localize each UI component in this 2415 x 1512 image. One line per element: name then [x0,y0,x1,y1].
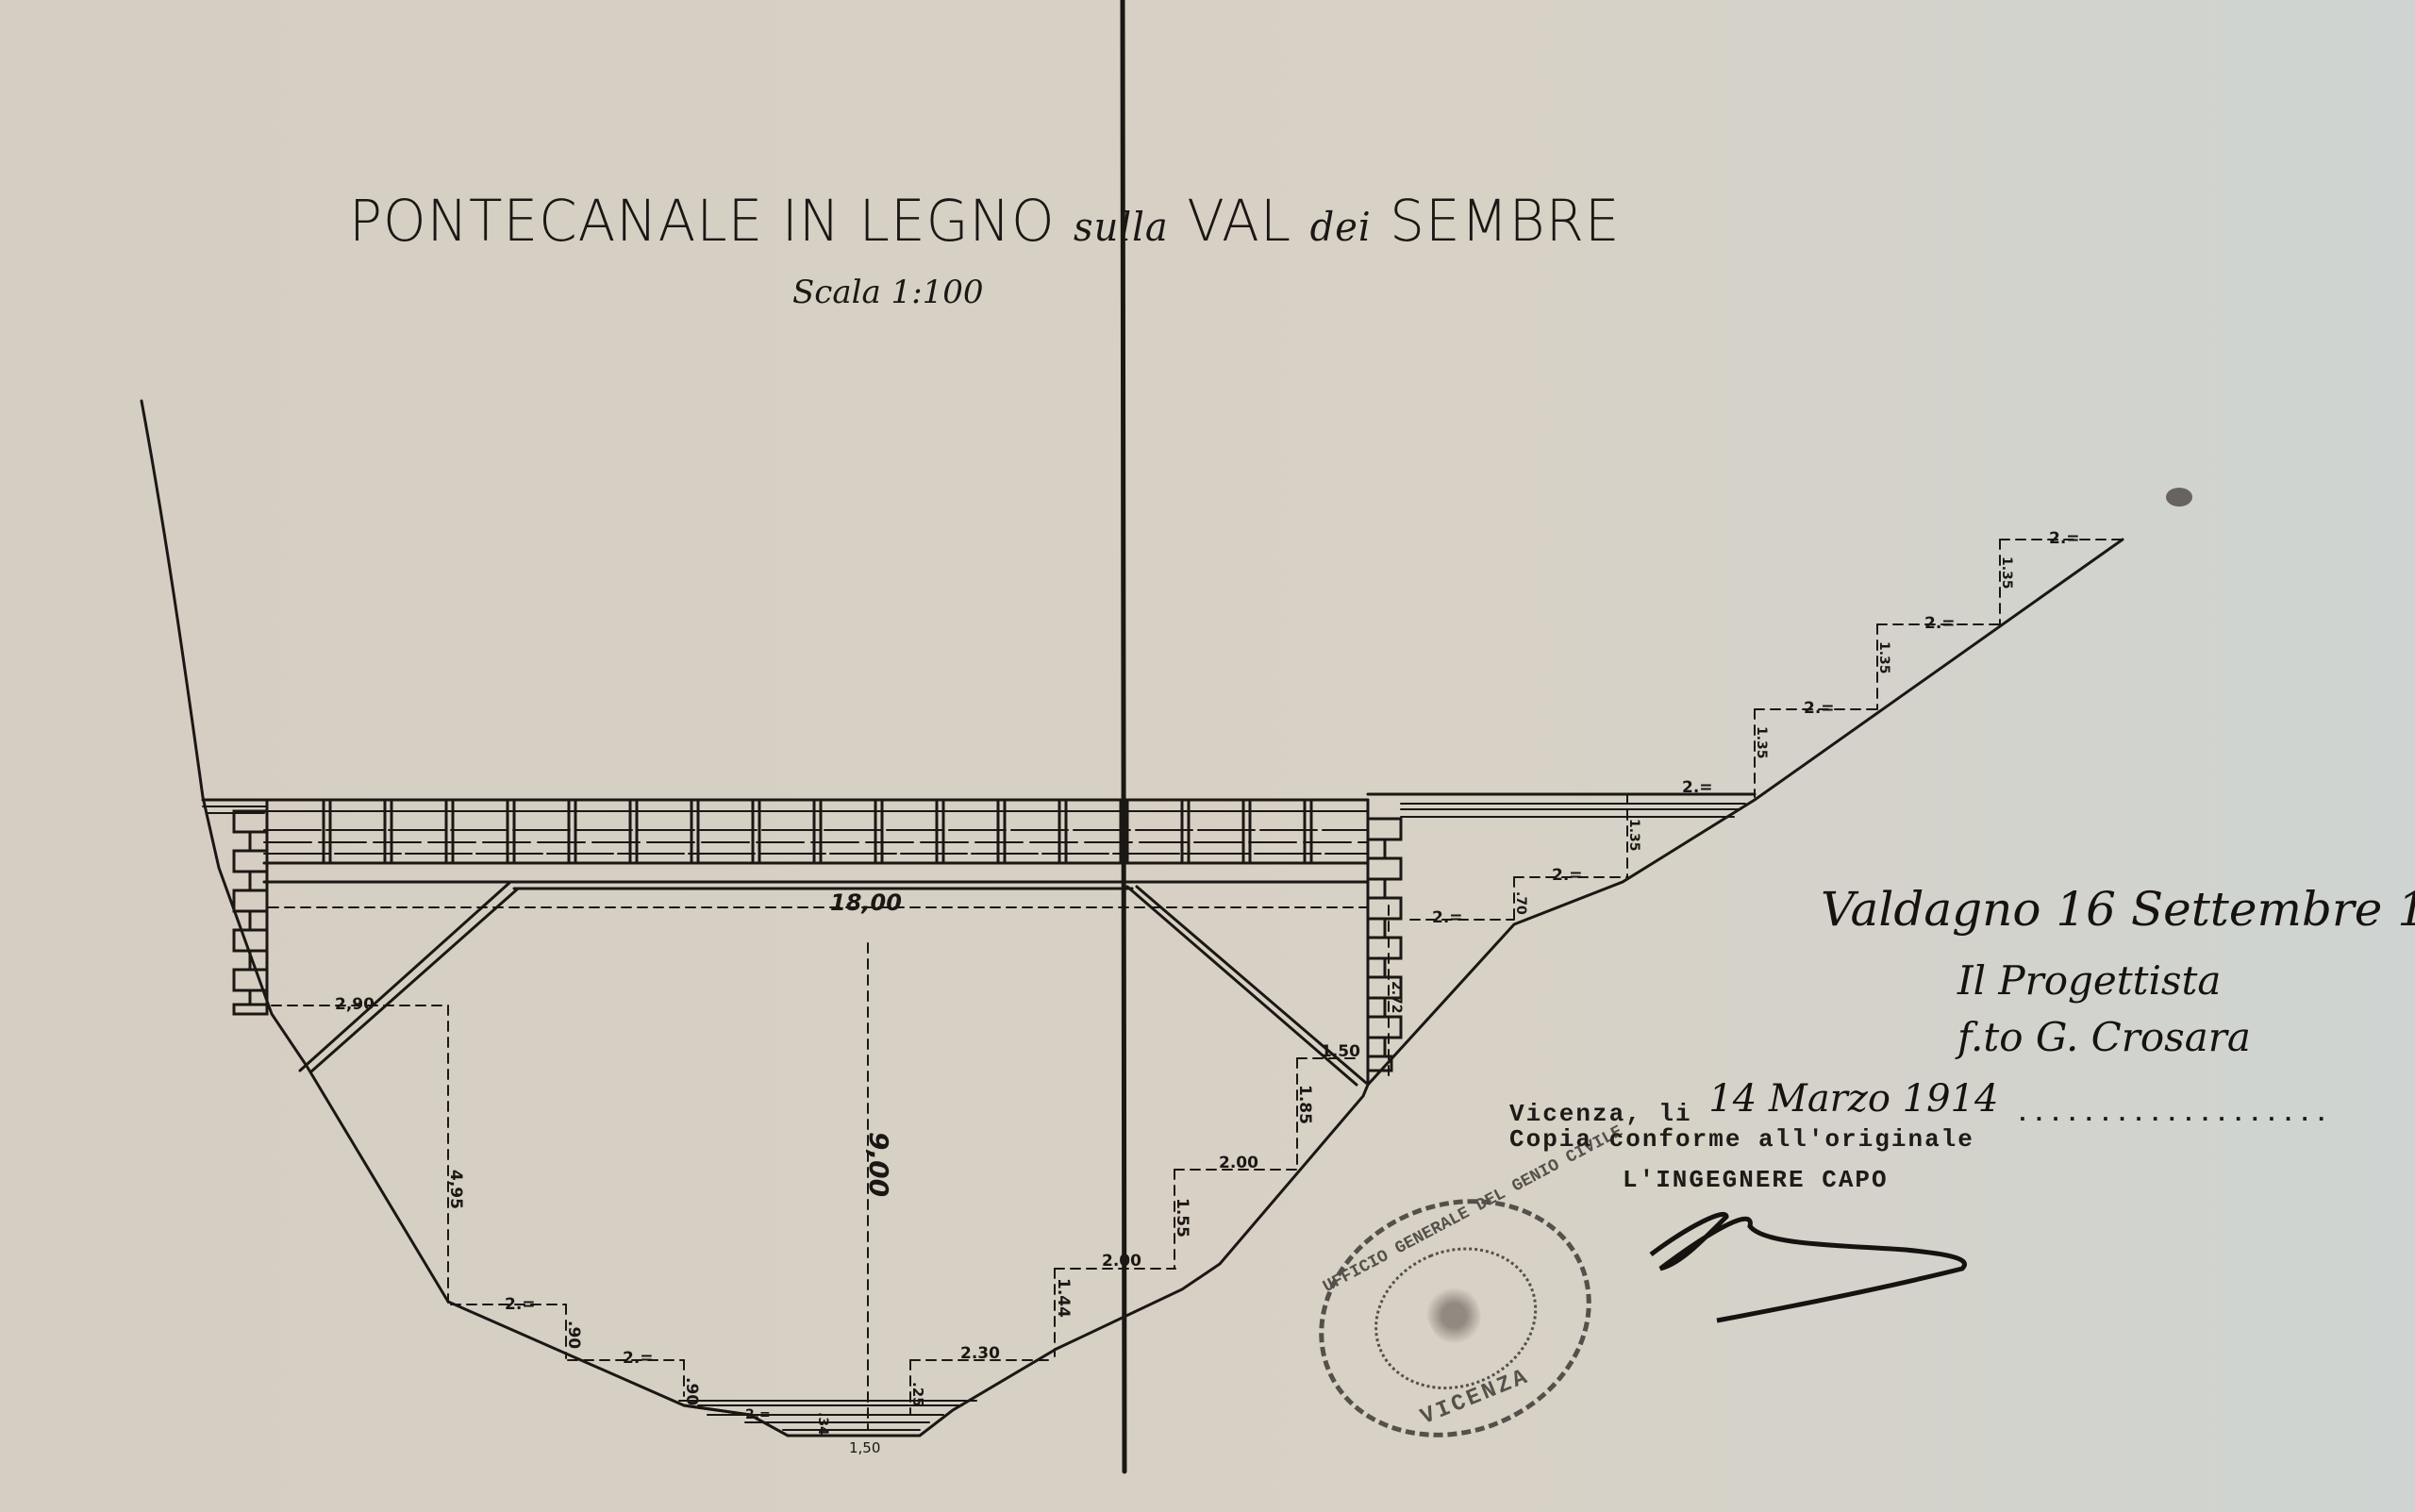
svg-text:9,00: 9,00 [863,1132,894,1197]
svg-text:4,95: 4,95 [446,1170,465,1209]
svg-text:1.35: 1.35 [1999,557,2014,590]
svg-text:2.=: 2.= [1432,908,1463,927]
certification-office: L'INGEGNERE CAPO [1623,1166,1889,1194]
designer-role: Il Progettista [1957,957,2221,1004]
svg-text:1.55: 1.55 [1173,1198,1191,1238]
svg-text:.25: .25 [909,1382,926,1407]
svg-text:2.=: 2.= [623,1349,654,1368]
chief-engineer-signature [1651,1214,1965,1321]
svg-text:2.72: 2.72 [1389,981,1404,1014]
svg-text:.70: .70 [1513,891,1528,915]
svg-text:2,90: 2,90 [335,995,375,1014]
svg-text:18,00: 18,00 [830,889,902,916]
svg-text:2.=: 2.= [745,1407,771,1422]
certification-city-line: Vicenza, li 14 Marzo 1914 ..............… [1509,1087,2331,1130]
svg-text:2.00: 2.00 [1102,1252,1141,1271]
drawing-sheet: 18,00 2,90 4,95 2.= .90 2.= .90 9,00 2.=… [0,0,2415,1512]
svg-text:2.30: 2.30 [960,1344,1000,1363]
svg-text:1.85: 1.85 [1295,1085,1314,1124]
svg-text:.90: .90 [682,1377,701,1405]
drawing-scale: Scala 1:100 [792,274,984,311]
svg-text:2.=: 2.= [1924,614,1956,633]
svg-text:2.=: 2.= [505,1295,536,1314]
certification-date: 14 Marzo 1914 [1708,1077,1998,1121]
svg-text:1,50: 1,50 [849,1439,880,1456]
svg-text:2.00: 2.00 [1219,1154,1258,1172]
svg-text:1.35: 1.35 [1876,641,1891,674]
place-date: Valdagno 16 Settembre 1912 [1821,882,2415,937]
svg-text:.90: .90 [564,1321,583,1349]
svg-text:1.44: 1.44 [1054,1278,1073,1318]
drawing-title: PONTECANALE IN LEGNO sulla VAL dei SEMBR… [349,187,1621,254]
designer-name: f.to G. Crosara [1957,1014,2251,1060]
svg-text:2.=: 2.= [1804,699,1835,718]
svg-text:1.35: 1.35 [1626,819,1641,852]
svg-text:2.=: 2.= [1682,778,1713,797]
svg-text:2.=: 2.= [2049,529,2080,548]
svg-text:1.50: 1.50 [1321,1042,1360,1061]
ink-blot [2166,488,2192,507]
svg-text:.34: .34 [815,1412,830,1436]
svg-text:1.35: 1.35 [1754,726,1769,759]
svg-text:2.=: 2.= [1552,866,1583,885]
